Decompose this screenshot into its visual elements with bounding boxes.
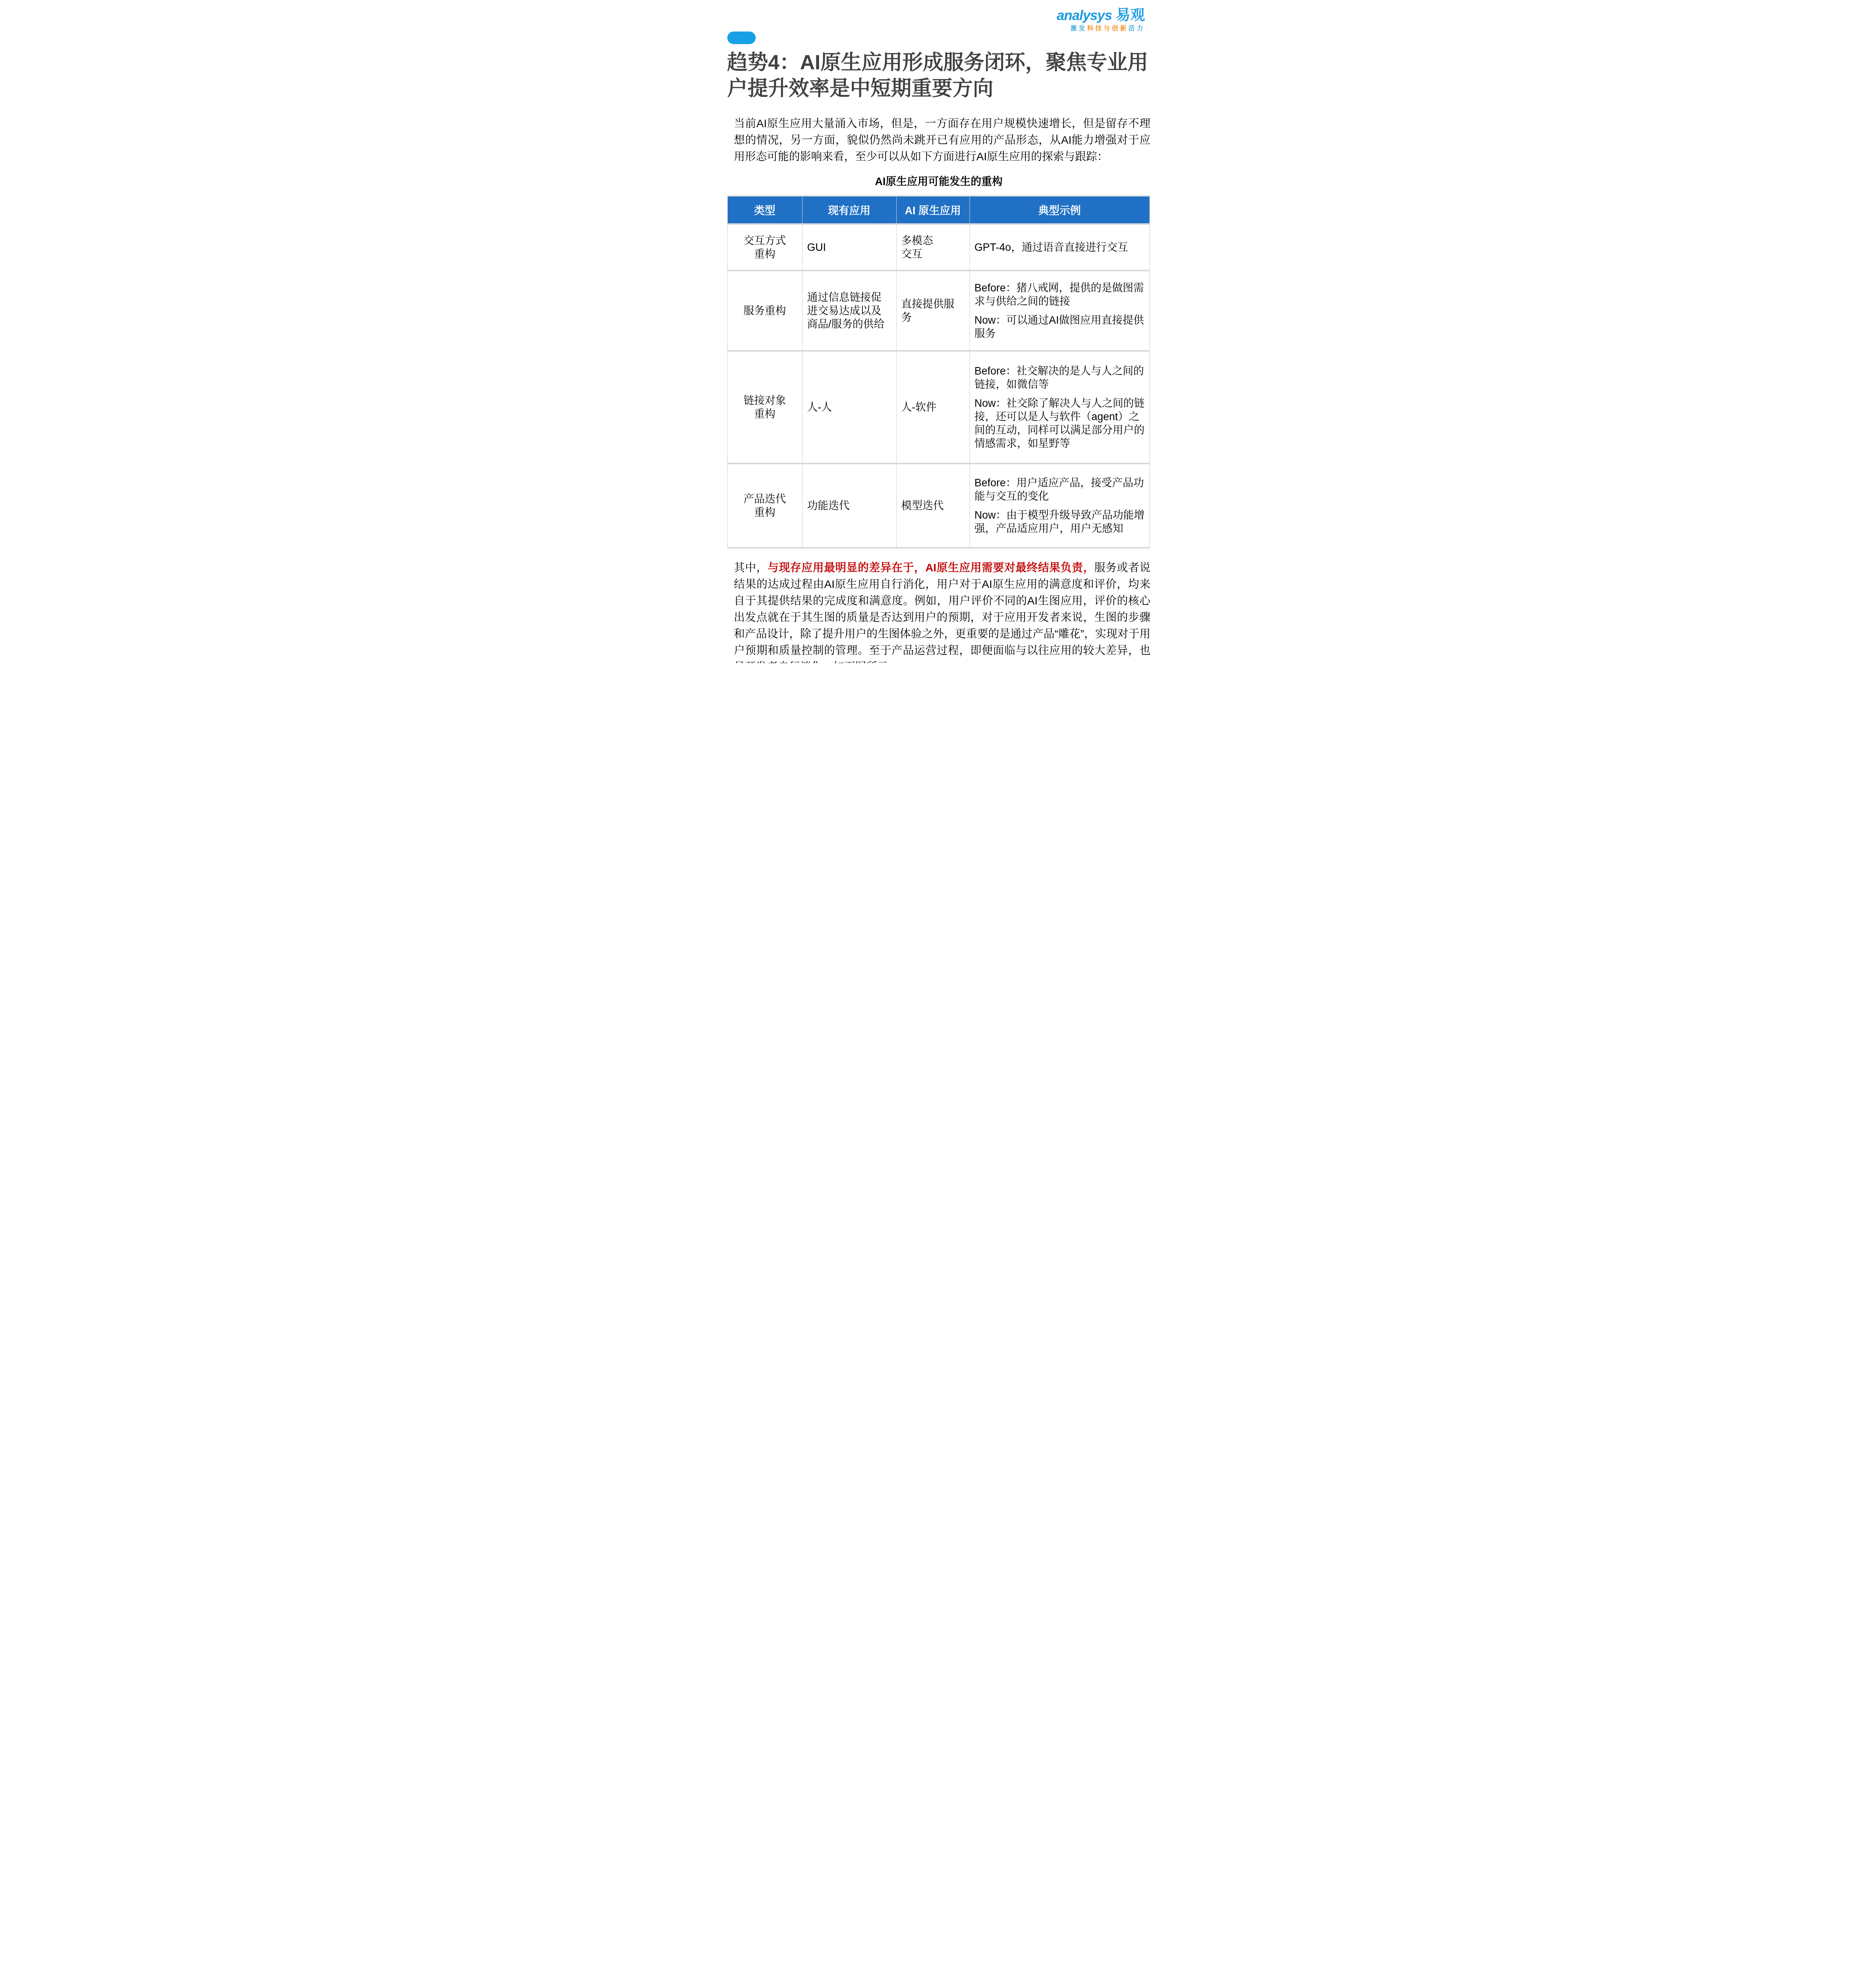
conclusion-suffix: 服务或者说结果的达成过程由AI原生应用自行消化，用户对于AI原生应用的满意度和评…	[734, 562, 1151, 663]
conclusion-paragraph: 其中，与现存应用最明显的差异在于，AI原生应用需要对最终结果负责，服务或者说结果…	[734, 560, 1151, 663]
table-row: 服务重构 通过信息链接促进交易达成以及商品/服务的供给 直接提供服务 Befor…	[727, 271, 1149, 351]
row3-native: 人-软件	[896, 351, 970, 464]
analysys-logo: analysys 易观 激发科技与创新活力	[1057, 8, 1145, 32]
reconstruction-table: 类型 现有应用 AI 原生应用 典型示例 交互方式 重构 GUI 多模态 交互 …	[727, 195, 1150, 549]
row1-examples: GPT-4o，通过语音直接进行交互	[970, 224, 1149, 271]
logo-tagline-part2: 科技与创新	[1087, 25, 1128, 32]
row2-native: 直接提供服务	[896, 271, 970, 351]
logo-tagline-part1: 激发	[1070, 25, 1087, 32]
conclusion-prefix: 其中，	[734, 562, 768, 574]
table-row: 产品迭代 重构 功能迭代 模型迭代 Before：用户适应产品，接受产品功能与交…	[727, 464, 1149, 548]
col-header-type: 类型	[727, 196, 802, 224]
col-header-ai-native: AI 原生应用	[896, 196, 970, 224]
row1-type: 交互方式 重构	[727, 224, 802, 271]
table-caption: AI原生应用可能发生的重构	[727, 173, 1151, 188]
row4-existing: 功能迭代	[802, 464, 896, 548]
row4-examples: Before：用户适应产品，接受产品功能与交互的变化 Now：由于模型升级导致产…	[970, 464, 1149, 548]
row4-native: 模型迭代	[896, 464, 970, 548]
logo-tagline-part3: 活力	[1128, 25, 1145, 32]
report-page: analysys 易观 激发科技与创新活力 趋势4：AI原生应用形成服务闭环，聚…	[704, 0, 1173, 663]
conclusion-highlight: 与现存应用最明显的差异在于，AI原生应用需要对最终结果负责，	[767, 562, 1094, 574]
row3-existing: 人-人	[802, 351, 896, 464]
table-row: 交互方式 重构 GUI 多模态 交互 GPT-4o，通过语音直接进行交互	[727, 224, 1149, 271]
row3-type: 链接对象 重构	[727, 351, 802, 464]
table-row: 链接对象 重构 人-人 人-软件 Before：社交解决的是人与人之间的链接，如…	[727, 351, 1149, 464]
row2-example-before: Before：猪八戒网，提供的是做图需求与供给之间的链接	[975, 281, 1145, 308]
row1-existing: GUI	[802, 224, 896, 271]
table-header-row: 类型 现有应用 AI 原生应用 典型示例	[727, 196, 1149, 224]
row2-type: 服务重构	[727, 271, 802, 351]
row2-example-now: Now：可以通过AI做图应用直接提供服务	[975, 313, 1145, 340]
row3-examples: Before：社交解决的是人与人之间的链接，如微信等 Now：社交除了解决人与人…	[970, 351, 1149, 464]
row4-example-now: Now：由于模型升级导致产品功能增强，产品适应用户，用户无感知	[975, 508, 1145, 535]
logo-brand-en: analysys	[1057, 9, 1112, 22]
row1-native: 多模态 交互	[896, 224, 970, 271]
intro-paragraph: 当前AI原生应用大量涌入市场，但是，一方面存在用户规模快速增长，但是留存不理想的…	[734, 115, 1151, 165]
row4-example-before: Before：用户适应产品，接受产品功能与交互的变化	[975, 476, 1145, 503]
row2-examples: Before：猪八戒网，提供的是做图需求与供给之间的链接 Now：可以通过AI做…	[970, 271, 1149, 351]
row3-example-before: Before：社交解决的是人与人之间的链接，如微信等	[975, 364, 1145, 391]
row2-existing: 通过信息链接促进交易达成以及商品/服务的供给	[802, 271, 896, 351]
page-content: 趋势4：AI原生应用形成服务闭环，聚焦专业用户提升效率是中短期重要方向 当前AI…	[704, 32, 1173, 663]
accent-bar	[727, 32, 756, 44]
logo-tagline: 激发科技与创新活力	[1057, 26, 1145, 32]
row4-type: 产品迭代 重构	[727, 464, 802, 548]
col-header-existing: 现有应用	[802, 196, 896, 224]
row3-example-now: Now：社交除了解决人与人之间的链接，还可以是人与软件（agent）之间的互动，…	[975, 397, 1145, 450]
logo-brand-cn: 易观	[1116, 8, 1145, 22]
page-title: 趋势4：AI原生应用形成服务闭环，聚焦专业用户提升效率是中短期重要方向	[727, 50, 1151, 102]
col-header-example: 典型示例	[970, 196, 1149, 224]
row1-example-1: GPT-4o，通过语音直接进行交互	[975, 241, 1145, 254]
